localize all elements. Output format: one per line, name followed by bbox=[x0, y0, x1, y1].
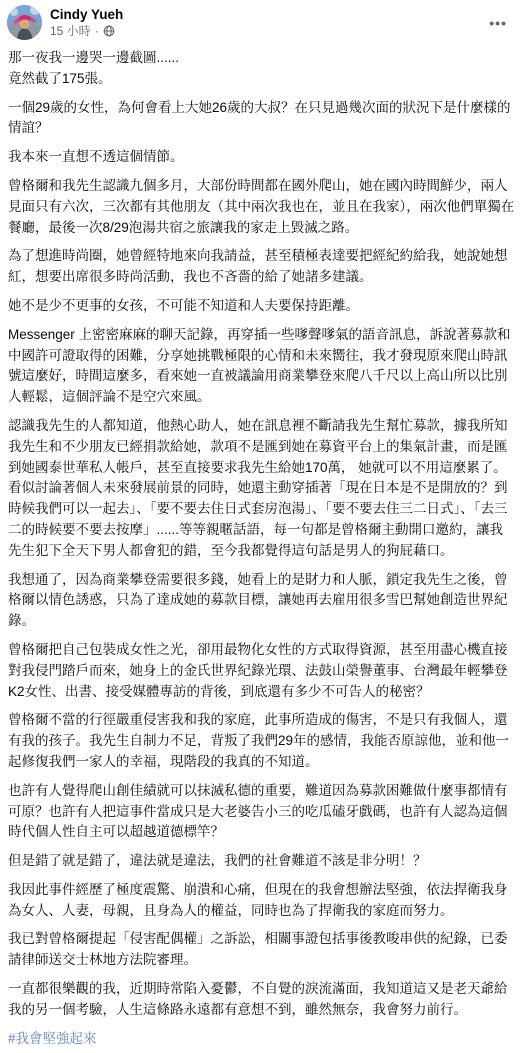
post-header: Cindy Yueh 15 小時 · ••• bbox=[0, 0, 523, 42]
hashtag-link[interactable]: #我會堅強起來 bbox=[8, 1031, 97, 1046]
post-paragraph: 為了想進時尚圈，她曾經特地來向我請益，甚至積極表達要把經紀約給我，她說她想紅，想… bbox=[8, 246, 515, 288]
post-paragraph: 她不是少不更事的女孩，不可能不知道和人夫要保持距離。 bbox=[8, 296, 515, 317]
avatar-photo bbox=[7, 5, 42, 40]
post-paragraph: 竟然截了175張。 bbox=[8, 69, 515, 90]
post-paragraph: 認識我先生的人都知道，他熱心助人，她在訊息裡不斷請我先生幫忙募款，據我所知我先生… bbox=[8, 416, 515, 562]
post-paragraph: Messenger 上密密麻麻的聊天記錄，再穿插一些嗲聲嗲氣的語音訊息，訴說著募… bbox=[8, 325, 515, 408]
post-paragraph: 我本來一直想不透這個情節。 bbox=[8, 147, 515, 168]
post-meta: 15 小時 · bbox=[50, 23, 483, 39]
post-paragraph: 曾格爾把自己包裝成女性之光，卻用最物化女性的方式取得資源，甚至用盡心機直接對我侵… bbox=[8, 640, 515, 702]
post-body: 那一夜我一邊哭一邊截圖...... 竟然截了175張。 一個29歲的女性，為何會… bbox=[0, 42, 523, 1053]
post-paragraph: 我想通了，因為商業攀登需要很多錢，她看上的是財力和人脈，鎖定我先生之後，曾格爾以… bbox=[8, 570, 515, 632]
facebook-post-card: Cindy Yueh 15 小時 · ••• 那一夜我一邊哭一邊截圖......… bbox=[0, 0, 523, 1053]
post-paragraph: 曾格爾不當的行徑嚴重侵害我和我的家庭，此事所造成的傷害，不是只有我個人，還有我的… bbox=[8, 710, 515, 772]
post-paragraph: 也許有人覺得爬山創佳績就可以抹滅私德的重要，難道因為募款困難做什麼事都情有可原？… bbox=[8, 781, 515, 843]
post-paragraph: 那一夜我一邊哭一邊截圖...... bbox=[8, 48, 515, 69]
post-paragraph: 一個29歲的女性，為何會看上大她26歲的大叔？在只見過幾次面的狀況下是什麼樣的情… bbox=[8, 98, 515, 140]
post-paragraph: 一直都很樂觀的我，近期時常陷入憂鬱，不自覺的淚流滿面，我知道這又是老天爺給我的另… bbox=[8, 979, 515, 1021]
timestamp[interactable]: 15 小時 bbox=[50, 23, 91, 39]
globe-icon bbox=[103, 25, 115, 37]
post-paragraph: 曾格爾和我先生認識九個多月，大部份時間都在國外爬山，她在國內時間鮮少，兩人見面只… bbox=[8, 176, 515, 238]
post-paragraph: 我因此事件經歷了極度震驚、崩潰和心痛，但現在的我會想辦法堅強，依法捍衛我身為女人… bbox=[8, 880, 515, 922]
post-paragraph: 我已對曾格爾提起「侵害配偶權」之訴訟，相關事證包括事後教唆串供的紀錄，已委請律師… bbox=[8, 929, 515, 971]
author-name[interactable]: Cindy Yueh bbox=[50, 6, 483, 23]
avatar[interactable] bbox=[7, 5, 42, 40]
header-info: Cindy Yueh 15 小時 · bbox=[50, 5, 483, 39]
more-options-button[interactable]: ••• bbox=[483, 5, 513, 35]
meta-separator: · bbox=[95, 23, 99, 39]
post-paragraph: 但是錯了就是錯了，違法就是違法，我們的社會難道不該是非分明！？ bbox=[8, 851, 515, 872]
